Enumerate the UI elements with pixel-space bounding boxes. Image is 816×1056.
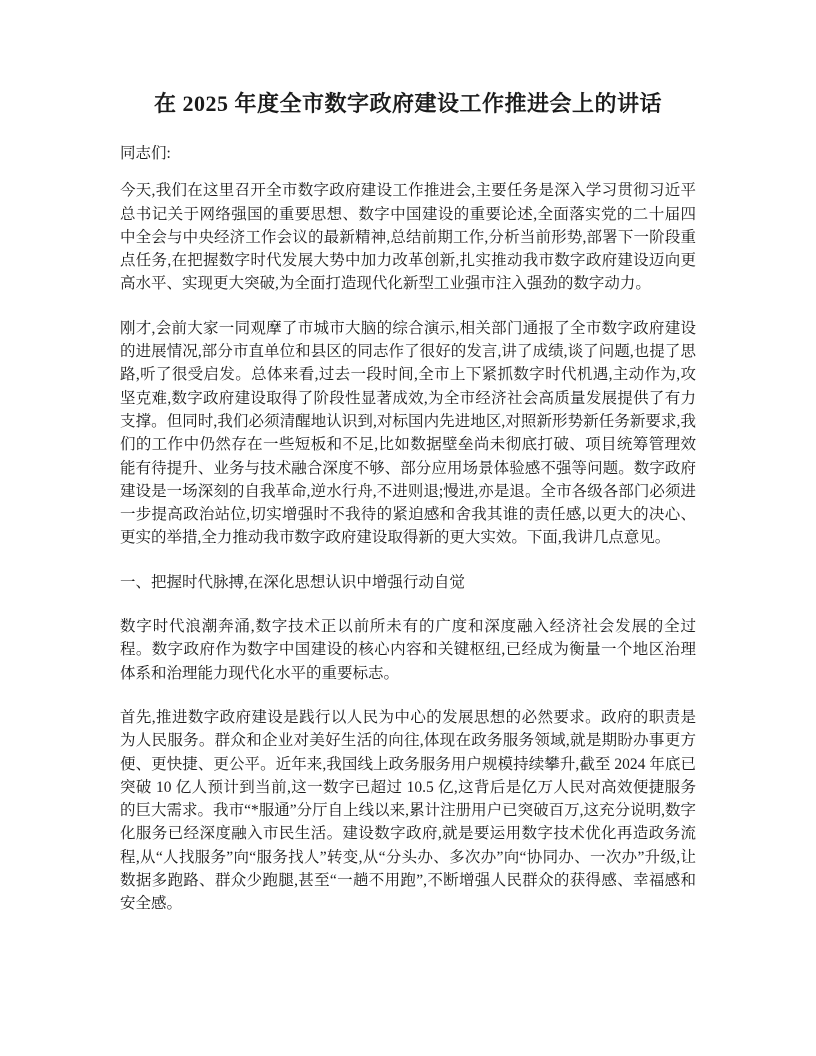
paragraph-digital-era: 数字时代浪潮奔涌,数字技术正以前所未有的广度和深度融入经济社会发展的全过程。数字… (120, 615, 696, 685)
paragraph-review: 刚才,会前大家一同观摩了市城市大脑的综合演示,相关部门通报了全市数字政府建设的进… (120, 317, 696, 550)
salutation: 同志们: (120, 142, 696, 165)
paragraph-opening: 今天,我们在这里召开全市数字政府建设工作推进会,主要任务是深入学习贯彻习近平总书… (120, 179, 696, 295)
document-title: 在 2025 年度全市数字政府建设工作推进会上的讲话 (120, 88, 696, 120)
section-heading-1: 一、把握时代脉搏,在深化思想认识中增强行动自觉 (120, 571, 696, 594)
document-page: 在 2025 年度全市数字政府建设工作推进会上的讲话 同志们: 今天,我们在这里… (0, 0, 816, 1056)
paragraph-people-centered: 首先,推进数字政府建设是践行以人民为中心的发展思想的必然要求。政府的职责是为人民… (120, 706, 696, 916)
